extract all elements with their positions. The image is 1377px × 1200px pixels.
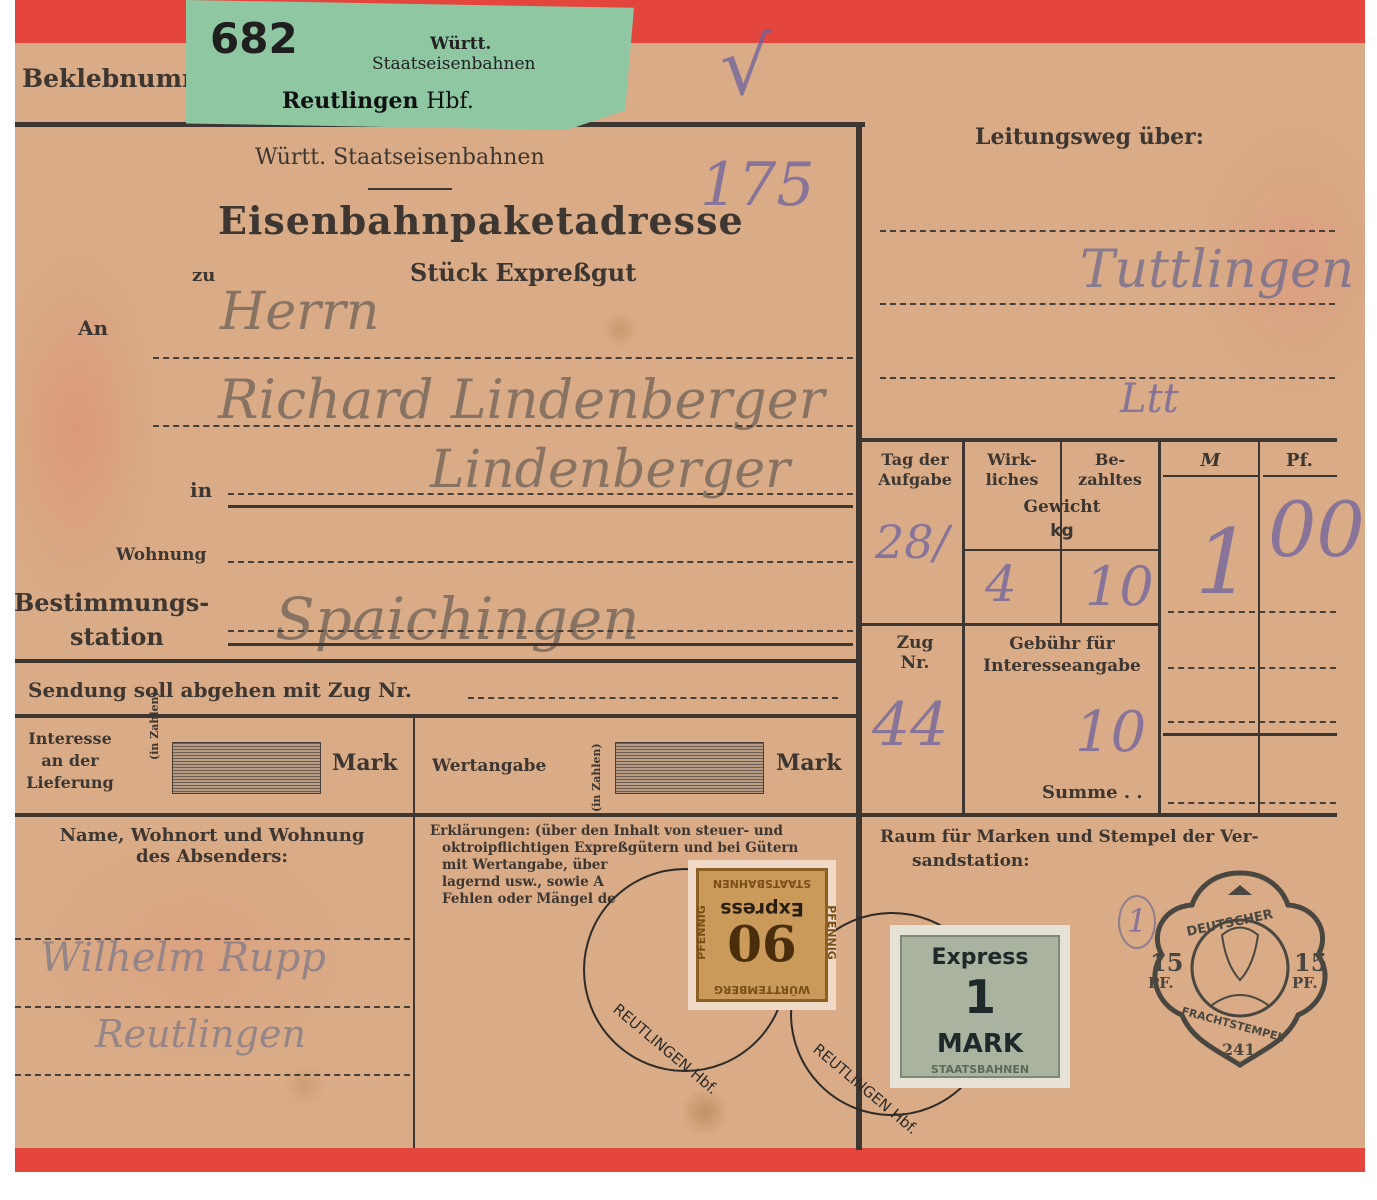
an-value[interactable]: Herrn — [220, 282, 379, 342]
mark-label-2: Mark — [776, 750, 841, 776]
sticker-number: 682 — [210, 14, 298, 63]
wertangabe-label: Wertangabe — [432, 756, 546, 776]
tag-header-2: Aufgabe — [872, 470, 958, 490]
in-zahlen-2: (in Zahlen) — [590, 743, 603, 812]
stamp-1-mark-unit: MARK — [890, 1029, 1070, 1059]
station-line — [228, 630, 853, 632]
sticker-station-suffix: Hbf. — [426, 89, 474, 114]
in-line — [228, 493, 853, 495]
interest-label-2: an der — [20, 750, 120, 772]
issuer: Württ. Staatseisenbahnen — [255, 145, 545, 170]
bezahltes-header-2: zahltes — [1066, 470, 1154, 490]
station-rule — [228, 643, 853, 646]
name-line — [153, 425, 853, 427]
address-bottom-rule — [15, 659, 857, 663]
train-line — [468, 697, 838, 699]
fee-col-1 — [962, 440, 965, 813]
stamp-90-side-left: PFENNIG — [695, 905, 708, 960]
frachtstempel-value-right: 15 — [1294, 948, 1327, 977]
tag-header: Tag der Aufgabe — [872, 450, 958, 490]
interest-label: Interesse an der Lieferung — [20, 728, 120, 794]
fee-col-3 — [1258, 440, 1260, 813]
pencil-number: 175 — [700, 150, 815, 220]
fee-line-3 — [1168, 721, 1336, 723]
title-rule — [368, 188, 452, 190]
gebuehr-value[interactable]: 10 — [1075, 700, 1146, 765]
value-row-divider — [413, 716, 415, 814]
sender-label-2: des Absenders: — [47, 846, 377, 867]
sticker-station: Reutlingen Hbf. — [282, 88, 474, 114]
stamp-1-mark-value: 1 — [890, 970, 1070, 1024]
mark-value[interactable]: 1 — [1195, 510, 1252, 615]
subtitle-prefix: zu — [192, 265, 215, 286]
tag-value[interactable]: 28/ — [875, 515, 949, 569]
zug-header: Zug Nr. — [872, 633, 958, 673]
bezahltes-kg-value[interactable]: 10 — [1085, 555, 1154, 618]
an-label: An — [78, 316, 108, 340]
train-bottom-rule — [15, 714, 857, 718]
station-label-1: Bestimmungs- — [14, 588, 209, 617]
fee-col-2 — [1158, 440, 1161, 813]
sender-label-1: Name, Wohnort und Wohnung — [47, 825, 377, 846]
value-row-bottom-rule — [15, 813, 1337, 817]
in-zahlen-1: (in Zahlen) — [148, 691, 161, 760]
red-band-bottom — [15, 1148, 1365, 1172]
declaration-line: oktroipflichtigen Expreßgütern und bei G… — [430, 840, 798, 857]
stamp-90-pfennig: WÜRTTEMBERG STAATSBAHNEN 90 Express PFEN… — [688, 860, 836, 1010]
in-value[interactable]: Lindenberger — [430, 440, 790, 500]
stamp-1-mark-bottom-text: STAATSBAHNEN — [890, 1063, 1070, 1076]
fee-sum-rule — [1163, 733, 1337, 736]
stamp-90-top-text: STAATSBAHNEN — [688, 877, 836, 890]
frachtstempel-unit-right: PF. — [1292, 974, 1318, 992]
train-label: Sendung soll abgehen mit Zug Nr. — [28, 678, 412, 702]
wohnung-label: Wohnung — [116, 545, 206, 565]
subtitle: Stück Expreßgut — [410, 258, 636, 287]
gewicht-header: Gewicht — [966, 497, 1158, 517]
declared-value-box[interactable] — [615, 742, 764, 794]
declaration-line: Erklärungen: (über den Inhalt von steuer… — [430, 823, 798, 840]
bezahltes-header-1: Be- — [1066, 450, 1154, 470]
gebuehr-header-2: Interesseangabe — [966, 655, 1158, 677]
routing-annotation: Ltt — [1120, 376, 1179, 422]
mark-header-rule — [1163, 475, 1259, 477]
interest-label-3: Lieferung — [20, 772, 120, 794]
zug-header-1: Zug — [872, 633, 958, 653]
pf-value[interactable]: 00 — [1268, 485, 1365, 574]
wirkliches-header-2: liches — [968, 470, 1056, 490]
stamp-90-content: WÜRTTEMBERG STAATSBAHNEN 90 Express — [688, 860, 836, 1010]
mark-label-1: Mark — [332, 750, 397, 776]
sticker-line2: Staatseisenbahnen — [372, 54, 535, 74]
wohnung-line — [228, 561, 853, 563]
fee-line-2 — [1168, 667, 1336, 669]
sender-line-3 — [15, 1074, 410, 1076]
routing-line-1 — [880, 230, 1335, 232]
sticker-station-name: Reutlingen — [282, 88, 419, 114]
sender-divider — [413, 815, 415, 1148]
tag-header-1: Tag der — [872, 450, 958, 470]
sender-label: Name, Wohnort und Wohnung des Absenders: — [47, 825, 377, 867]
sticker-number-label: Beklebnumm — [22, 64, 209, 93]
in-label: in — [190, 478, 212, 502]
wirkliches-header-1: Wirk- — [968, 450, 1056, 470]
interest-amount-box[interactable] — [172, 742, 321, 794]
kg-header: kg — [966, 521, 1158, 541]
routing-value[interactable]: Tuttlingen — [1080, 240, 1354, 300]
pf-header-rule — [1263, 475, 1337, 477]
recipient-name[interactable]: Richard Lindenberger — [218, 368, 825, 431]
routing-line-3 — [880, 377, 1335, 379]
sender-line-2 — [15, 1006, 410, 1008]
pf-header: Pf. — [1262, 450, 1337, 471]
mark-header: M — [1163, 450, 1258, 471]
sender-name[interactable]: Wilhelm Rupp — [40, 935, 326, 981]
stamp-1-mark: Express 1 MARK STAATSBAHNEN — [890, 925, 1070, 1088]
zug-header-2: Nr. — [872, 653, 958, 673]
sender-town[interactable]: Reutlingen — [95, 1012, 306, 1056]
document-title: Eisenbahnpaketadresse — [218, 198, 744, 243]
bezahltes-header: Be- zahltes — [1066, 450, 1154, 490]
frachtstempel-value-left: 15 — [1150, 948, 1183, 977]
frachtstempel-number: 241 — [1222, 1040, 1255, 1059]
fee-mid-rule — [862, 623, 1160, 626]
pencil-check: √ — [720, 20, 771, 113]
stamp-90-side-right: PFENNIG — [825, 905, 838, 960]
routing-label: Leitungsweg über: — [975, 124, 1204, 150]
weight-header-rule — [962, 549, 1160, 551]
summe-label: Summe . . — [1042, 782, 1143, 803]
frachtstempel-unit-left: PF. — [1148, 974, 1174, 992]
fee-table-top-rule — [862, 438, 1337, 442]
stamp-90-country: WÜRTTEMBERG — [688, 983, 836, 996]
wirkliches-kg-value[interactable]: 4 — [985, 555, 1017, 613]
an-line — [153, 357, 853, 359]
stamp-90-value: 90 — [688, 913, 836, 972]
wirkliches-header: Wirk- liches — [968, 450, 1056, 490]
fee-sum-line — [1168, 802, 1336, 804]
gebuehr-header: Gebühr für Interesseangabe — [966, 633, 1158, 677]
in-rule — [228, 505, 853, 508]
zug-value[interactable]: 44 — [872, 690, 948, 760]
stamp-area-label-1: Raum für Marken und Stempel der Ver- — [880, 825, 1259, 849]
station-label-2: station — [70, 622, 164, 651]
sticker-line1: Württ. — [430, 34, 491, 54]
stamp-90-overprint: Express — [688, 898, 836, 920]
interest-label-1: Interesse — [20, 728, 120, 750]
gebuehr-header-1: Gebühr für — [966, 633, 1158, 655]
routing-line-2 — [880, 303, 1335, 305]
stamp-1-mark-overprint: Express — [890, 945, 1070, 970]
